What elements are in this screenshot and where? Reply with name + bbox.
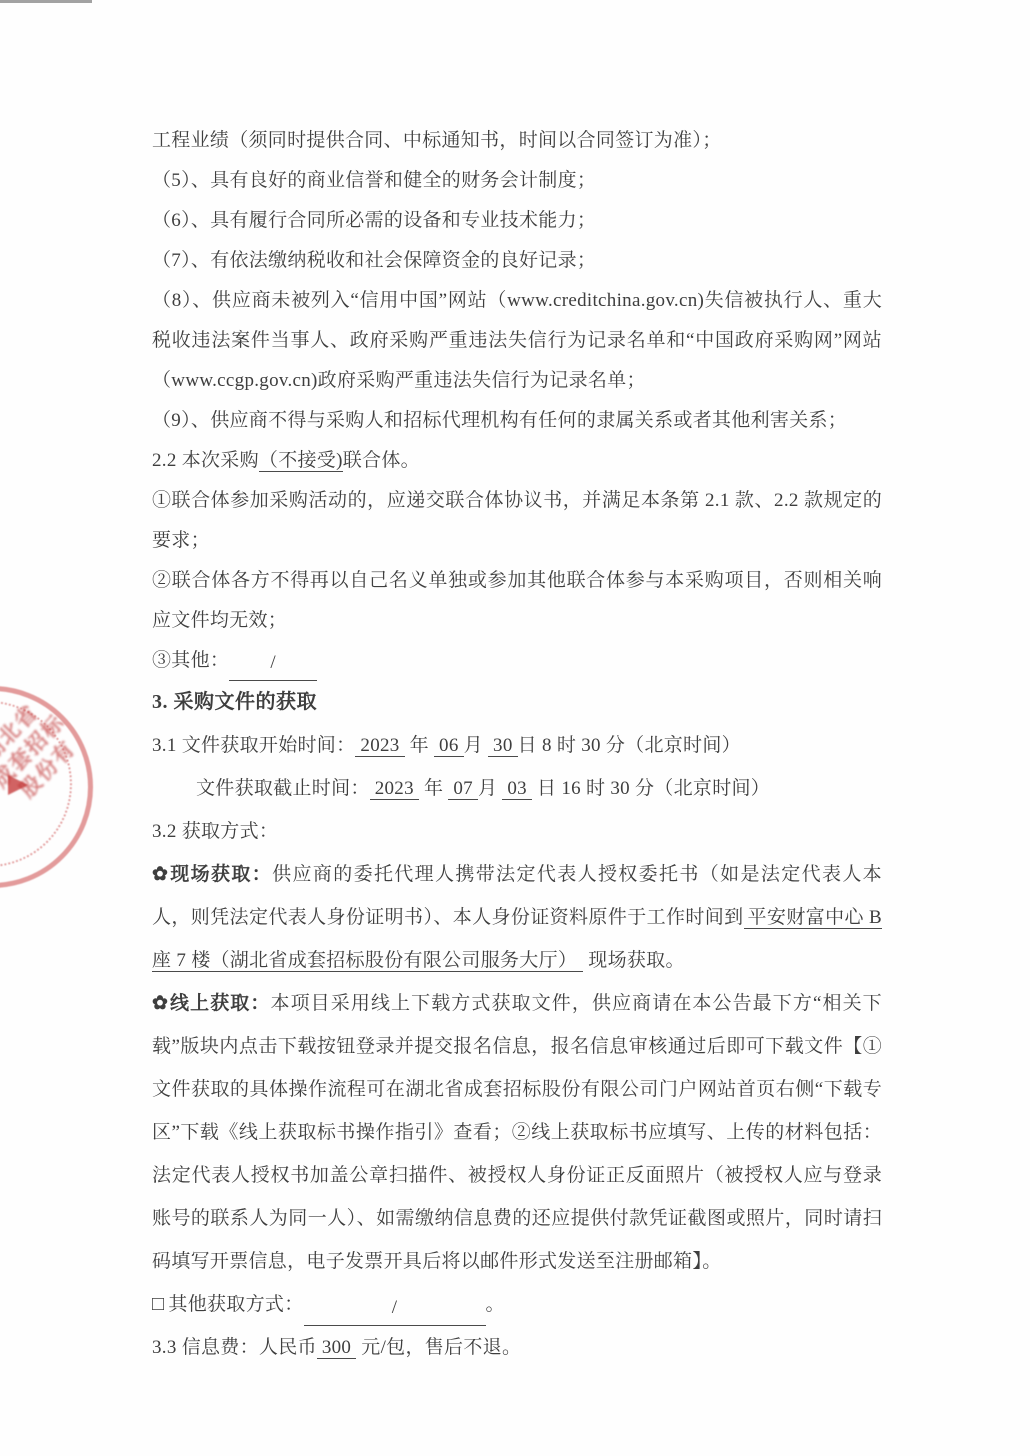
end-day-value: 03 [502,778,532,800]
end-month-value: 07 [448,778,478,800]
seal-text-row: 股份有 [0,720,95,817]
onsite-method-paragraph: ✿现场获取：供应商的委托代理人携带法定代表人授权委托书（如是法定代表人本人，则凭… [152,853,882,982]
document-body: 工程业绩（须同时提供合同、中标通知书，时间以合同签订为准）； （5）、具有良好的… [152,121,882,1369]
jv-note-3: ③其他：/ [152,641,882,681]
checkbox-icon: □ [152,1293,164,1315]
qualification-item-5: （5）、具有良好的商业信誉和健全的财务会计制度； [152,161,882,201]
flower-bullet-icon: ✿ [152,864,169,885]
paragraph-intro: 工程业绩（须同时提供合同、中标通知书，时间以合同签订为准）； [152,121,882,161]
seal-inner-ring-icon [0,701,72,867]
seal-text-row: 湖北省 [0,684,58,781]
seal-star-point-icon [8,775,28,795]
start-time-tail: 日 8 时 30 分（北京时间） [518,735,741,756]
jv-note-3-label: ③其他： [152,650,229,671]
method-label-line: 3.2 获取方式： [152,810,882,853]
file-start-time-line: 3.1 文件获取开始时间：2023 年 06月 30日 8 时 30 分（北京时… [152,724,882,767]
clause-2-2-underlined-value: （不接受) [259,450,343,472]
end-year-value: 2023 [370,778,419,800]
fee-suffix: 元/包，售后不退。 [361,1337,521,1358]
online-method-title: 线上获取： [170,993,270,1014]
month-unit: 月 [464,735,483,756]
jv-note-2: ②联合体各方不得再以自己名义单独或参加其他联合体参与本采购项目，否则相关响应文件… [152,561,882,641]
clause-2-2-suffix: 联合体。 [343,450,420,471]
start-day-value: 30 [488,735,518,757]
online-method-paragraph: ✿线上获取：本项目采用线上下载方式获取文件，供应商请在本公告最下方“相关下载”版… [152,982,882,1283]
other-method-line: □其他获取方式：/。 [152,1283,882,1326]
online-method-body: 本项目采用线上下载方式获取文件，供应商请在本公告最下方“相关下载”版块内点击下载… [152,993,882,1272]
other-method-period: 。 [486,1294,505,1315]
clause-2-2: 2.2 本次采购（不接受)联合体。 [152,441,882,481]
section-3-heading: 3. 采购文件的获取 [152,681,882,724]
year-unit: 年 [410,735,429,756]
document-page: 湖北省 成套招标 股份有 工程业绩（须同时提供合同、中标通知书，时间以合同签订为… [0,0,1030,1456]
qualification-item-6: （6）、具有履行合同所必需的设备和专业技术能力； [152,201,882,241]
start-month-value: 06 [434,735,464,757]
start-time-label: 3.1 文件获取开始时间： [152,735,355,756]
year-unit: 年 [424,778,443,799]
fee-line: 3.3 信息费：人民币300 元/包，售后不退。 [152,1326,882,1369]
seal-text: 湖北省 成套招标 股份有 [0,684,95,817]
end-time-label: 文件获取截止时间： [196,778,370,799]
jv-note-1: ①联合体参加采购活动的，应递交联合体协议书，并满足本条第 2.1 款、2.2 款… [152,481,882,561]
qualification-item-7: （7）、有依法缴纳税收和社会保障资金的良好记录； [152,241,882,281]
seal-ring-icon [0,686,93,888]
month-unit: 月 [478,778,497,799]
fill-in-blank: / [229,646,317,681]
start-year-value: 2023 [355,735,404,757]
onsite-method-body2: 现场获取。 [588,950,685,971]
other-method-label: 其他获取方式： [168,1294,303,1315]
fee-prefix: 3.3 信息费：人民币 [152,1337,317,1358]
file-end-time-line: 文件获取截止时间：2023 年 07月 03 日 16 时 30 分（北京时间） [152,767,882,810]
flower-bullet-icon: ✿ [152,993,169,1014]
onsite-method-title: 现场获取： [170,864,272,885]
end-time-tail: 日 16 时 30 分（北京时间） [537,778,770,799]
section-3: 3. 采购文件的获取 3.1 文件获取开始时间：2023 年 06月 30日 8… [152,681,882,1369]
seal-text-row: 成套招标 [0,702,77,799]
qualification-item-9: （9）、供应商不得与采购人和招标代理机构有任何的隶属关系或者其他利害关系； [152,401,882,441]
fee-amount-value: 300 [317,1337,356,1359]
fill-in-blank: / [304,1291,486,1326]
qualification-item-8: （8）、供应商未被列入“信用中国”网站（www.creditchina.gov.… [152,281,882,401]
scan-artifact [0,0,92,3]
red-seal: 湖北省 成套招标 股份有 [0,670,120,900]
clause-2-2-prefix: 2.2 本次采购 [152,450,259,471]
